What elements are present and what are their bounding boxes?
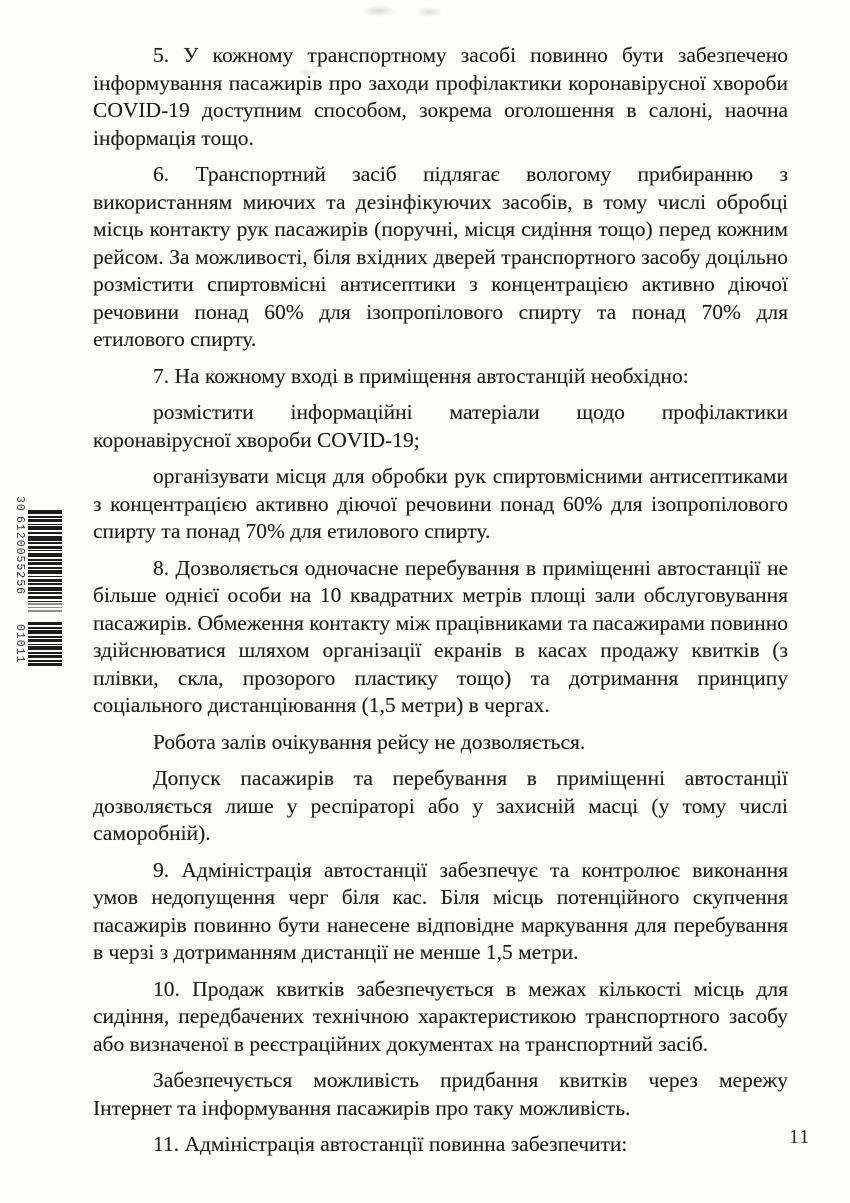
barcode-lower-bars (28, 622, 62, 668)
paragraph: Робота залів очікування рейсу не дозволя… (93, 729, 788, 757)
scan-smudge (362, 5, 396, 17)
paragraph: Допуск пасажирів та перебування в приміщ… (93, 765, 788, 848)
scanned-document-page: 30 6120055256 01011 5. У кожному транспо… (0, 0, 850, 1203)
paragraph: організувати місця для обробки рук спирт… (93, 463, 788, 546)
barcode-upper-digits: 6120055256 (13, 516, 26, 595)
page-number: 11 (789, 1126, 810, 1149)
barcode-prefix-digits: 30 (13, 496, 26, 512)
paragraph: 6. Транспортний засіб підлягає вологому … (93, 161, 788, 354)
document-text-block: 5. У кожному транспортному засобі повинн… (93, 42, 788, 1168)
scan-smudge (416, 7, 442, 17)
paragraph: 7. На кожному вході в приміщення автоста… (93, 363, 788, 391)
barcode-upper-bars (28, 510, 62, 614)
paragraph: 9. Адміністрація автостанції забезпечує … (93, 857, 788, 967)
paragraph: 8. Дозволяється одночасне перебування в … (93, 555, 788, 720)
paragraph: розмістити інформаційні матеріали щодо п… (93, 399, 788, 454)
paragraph: 5. У кожному транспортному засобі повинн… (93, 42, 788, 152)
paragraph: Забезпечується можливість придбання квит… (93, 1067, 788, 1122)
barcode-lower-digits: 01011 (13, 624, 26, 664)
paragraph: 11. Адміністрація автостанції повинна за… (93, 1131, 788, 1159)
paragraph: 10. Продаж квитків забезпечується в межа… (93, 976, 788, 1059)
